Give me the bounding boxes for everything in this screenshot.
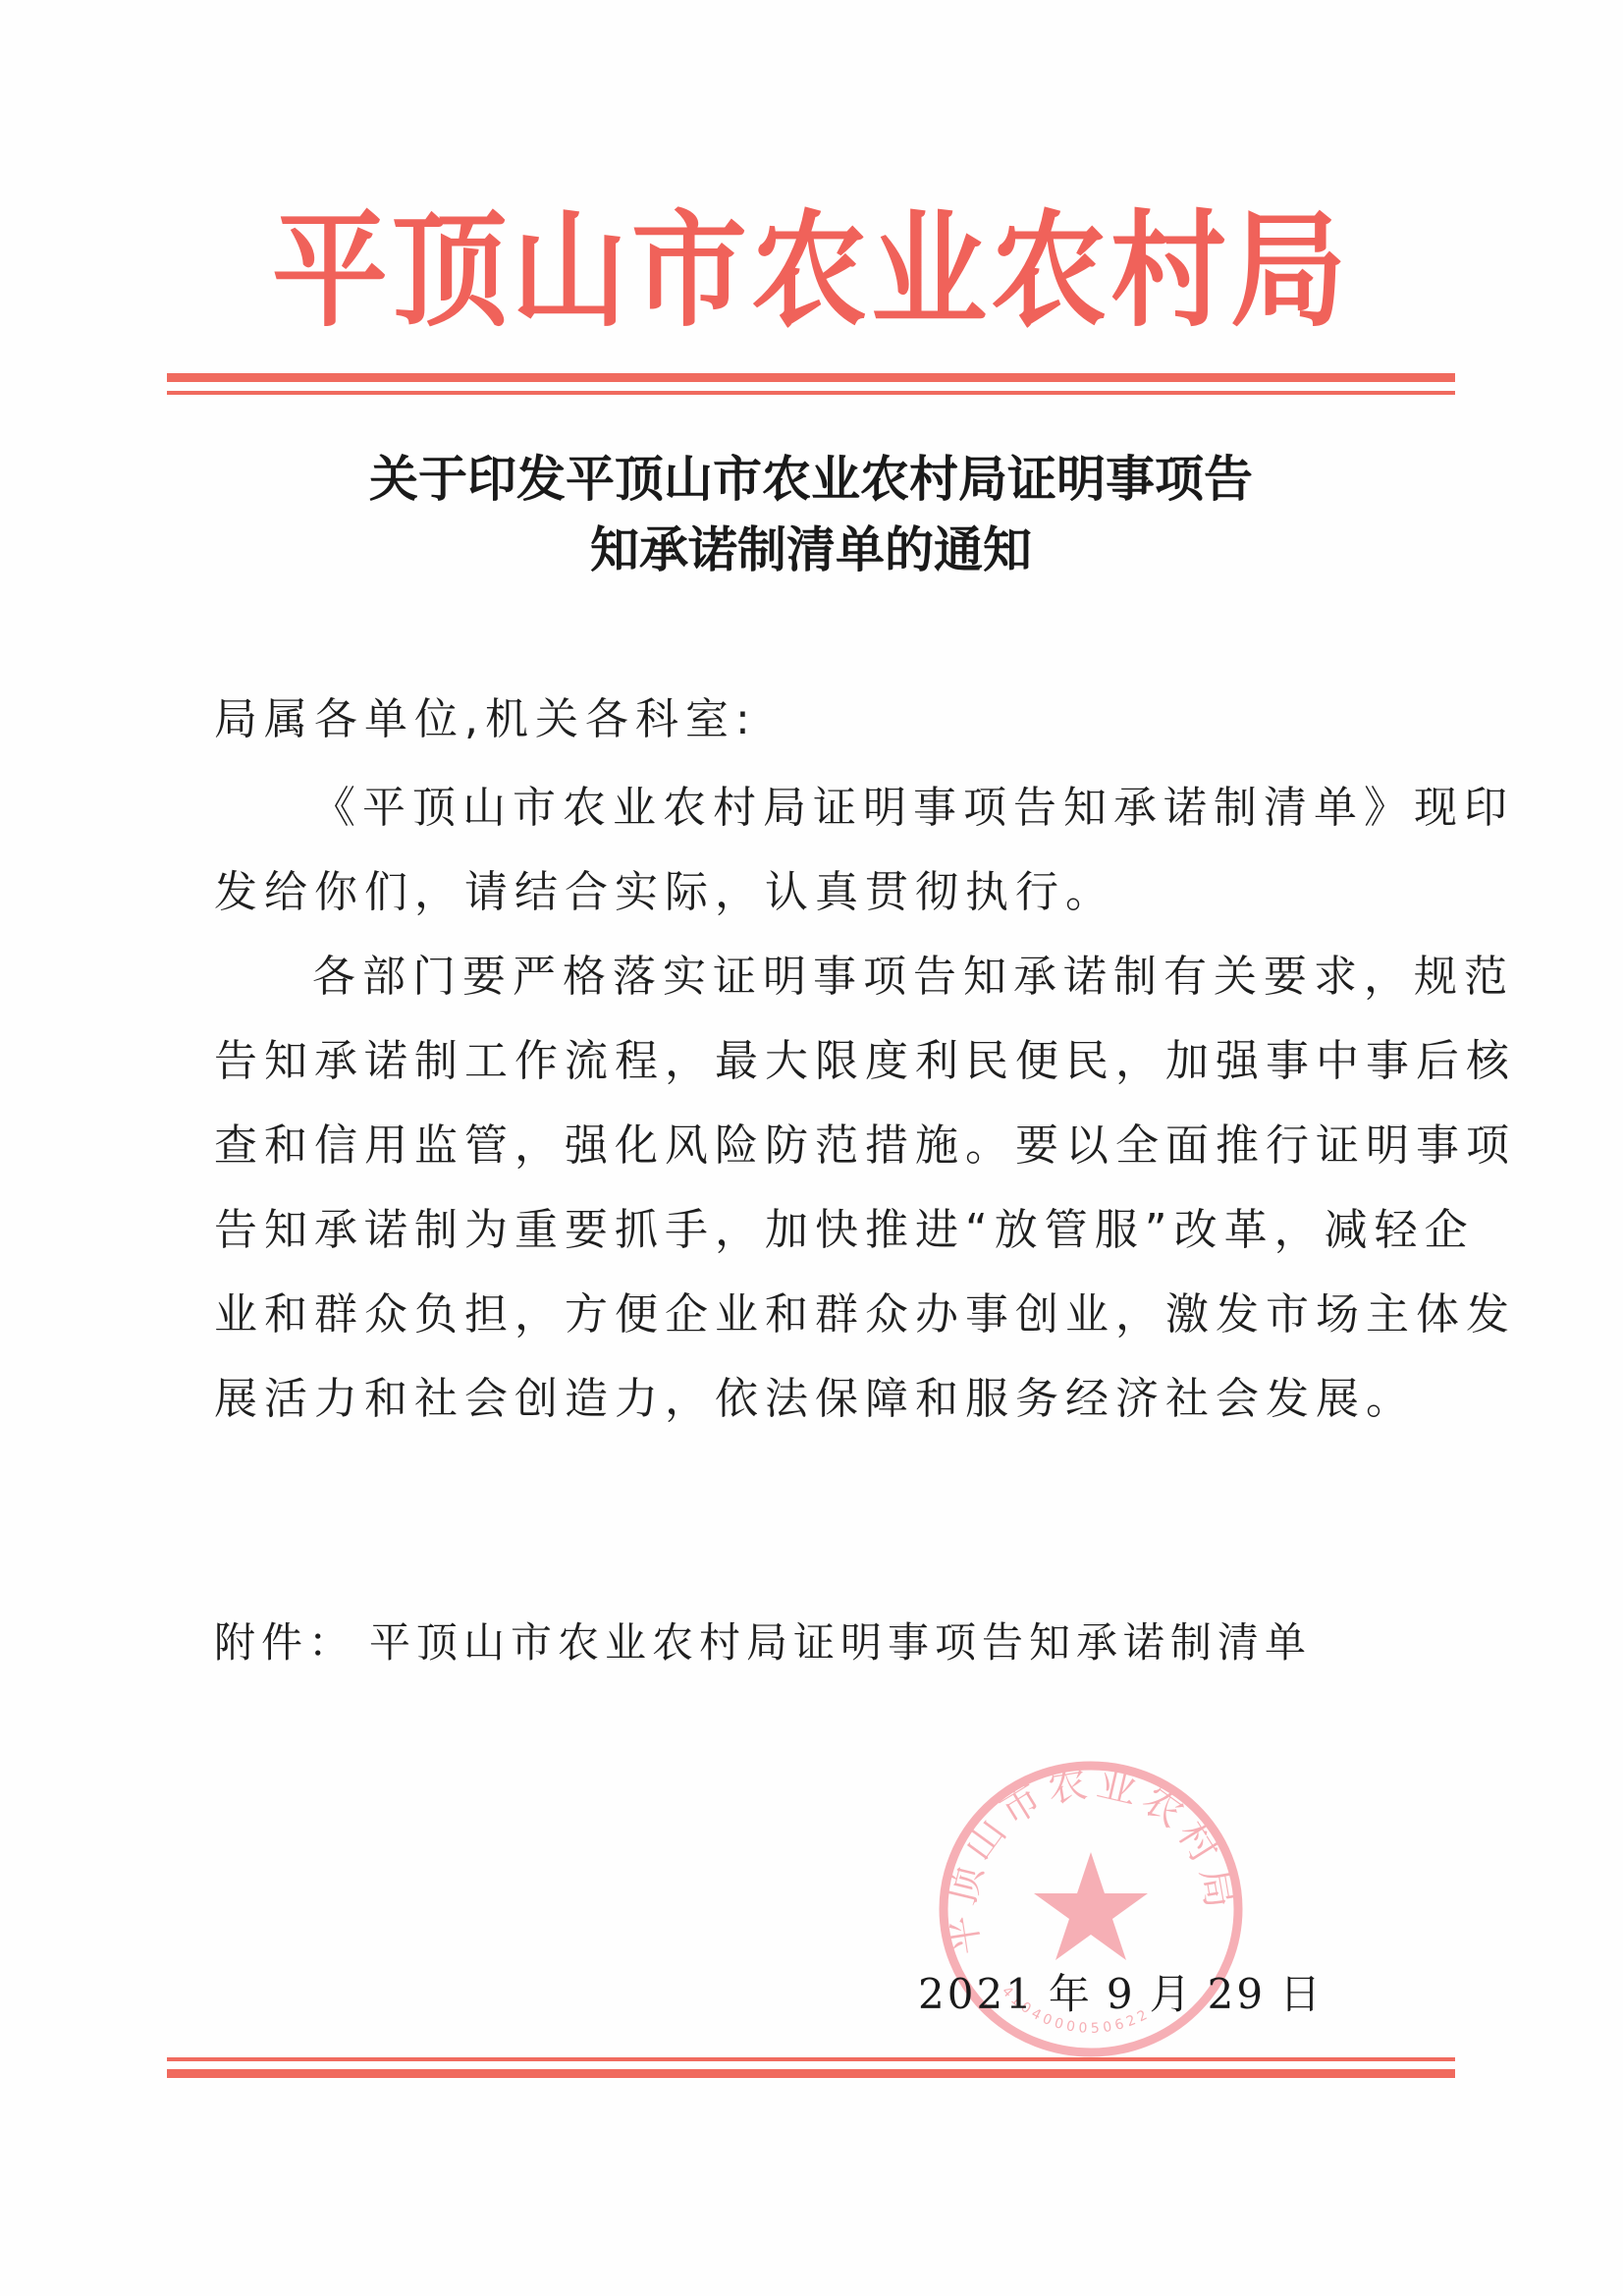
salutation: 局属各单位,机关各科室: [214,678,1358,762]
paragraph-2: 各部门要严格落实证明事项告知承诺制有关要求，规范 告知承诺制工作流程，最大限度利… [214,935,1358,1442]
footer-rule-thick [167,2069,1455,2078]
masthead-rule-thin [167,391,1455,395]
paragraph-line: 《平顶山市农业农村局证明事项告知承诺制清单》现印 [214,766,1358,850]
attachment-name: 平顶山市农业农村局证明事项告知承诺制清单 [369,1618,1312,1667]
paragraph-line: 告知承诺制为重要抓手，加快推进“放管服”改革，减轻企 [214,1188,1358,1273]
document-page: 平顶山市农业农村局 关于印发平顶山市农业农村局证明事项告 知承诺制清单的通知 局… [0,0,1623,2296]
date-month: 9 [1107,1970,1136,2018]
date-month-unit: 月 [1150,1970,1194,2018]
paragraph-line: 发给你们，请结合实际，认真贯彻执行。 [214,850,1358,935]
footer-rule-thin [167,2057,1455,2061]
document-title-line-2: 知承诺制清单的通知 [167,515,1455,585]
star-icon [1034,1852,1148,1960]
date-day: 29 [1208,1970,1266,2018]
masthead-org-name: 平顶山市农业农村局 [167,195,1455,344]
paragraph-line: 业和群众负担，方便企业和群众办事创业，激发市场主体发 [214,1273,1358,1357]
salutation-text: 局属各单位,机关各科室: [214,678,1358,762]
date-year: 2021 [918,1970,1035,2018]
issue-date: 2021年9月29日 [918,1962,1337,2021]
masthead-rule-thick [167,373,1455,382]
document-title-line-1: 关于印发平顶山市农业农村局证明事项告 [167,444,1455,515]
paragraph-line: 展活力和社会创造力，依法保障和服务经济社会发展。 [214,1357,1358,1442]
paragraph-line: 告知承诺制工作流程，最大限度利民便民，加强事中事后核 [214,1019,1358,1104]
date-day-unit: 日 [1279,1970,1324,2018]
paragraph-line: 各部门要严格落实证明事项告知承诺制有关要求，规范 [214,935,1358,1019]
document-title: 关于印发平顶山市农业农村局证明事项告 知承诺制清单的通知 [167,444,1455,585]
attachment-note: 附件：平顶山市农业农村局证明事项告知承诺制清单 [214,1611,1312,1669]
attachment-label: 附件： [214,1618,355,1667]
date-year-unit: 年 [1049,1970,1093,2018]
paragraph-1: 《平顶山市农业农村局证明事项告知承诺制清单》现印 发给你们，请结合实际，认真贯彻… [214,766,1358,935]
paragraph-line: 查和信用监管，强化风险防范措施。要以全面推行证明事项 [214,1104,1358,1188]
